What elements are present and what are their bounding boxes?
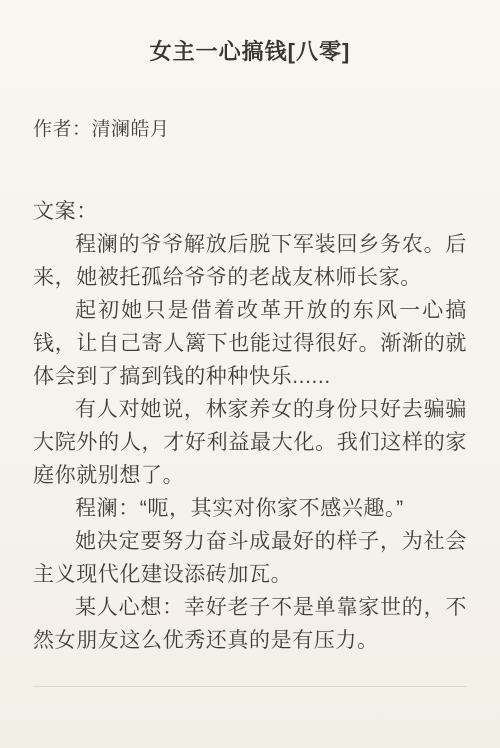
synopsis-paragraph-5: 她决定要努力奋斗成最好的样子，为社会主义现代化建设添砖加瓦。 — [33, 525, 467, 591]
synopsis-label: 文案： — [33, 195, 467, 228]
synopsis-paragraph-2: 起初她只是借着改革开放的东风一心搞钱，让自己寄人篱下也能过得很好。渐渐的就体会到… — [33, 294, 467, 393]
page-title: 女主一心搞钱[八零] — [33, 0, 467, 66]
section-divider — [33, 686, 467, 687]
synopsis-paragraph-6: 某人心想：幸好老子不是单靠家世的，不然女朋友这么优秀还真的是有压力。 — [33, 591, 467, 657]
synopsis-section: 文案： 程澜的爷爷解放后脱下军装回乡务农。后来，她被托孤给爷爷的老战友林师长家。… — [33, 195, 467, 657]
synopsis-paragraph-4: 程澜：“呃，其实对你家不感兴趣。” — [33, 492, 467, 525]
author-line: 作者：清澜皓月 — [33, 118, 467, 142]
novel-synopsis-page: 女主一心搞钱[八零] 作者：清澜皓月 文案： 程澜的爷爷解放后脱下军装回乡务农。… — [0, 0, 500, 748]
synopsis-paragraph-3: 有人对她说，林家养女的身份只好去骗骗大院外的人，才好利益最大化。我们这样的家庭你… — [33, 393, 467, 492]
synopsis-paragraph-1: 程澜的爷爷解放后脱下军装回乡务农。后来，她被托孤给爷爷的老战友林师长家。 — [33, 228, 467, 294]
